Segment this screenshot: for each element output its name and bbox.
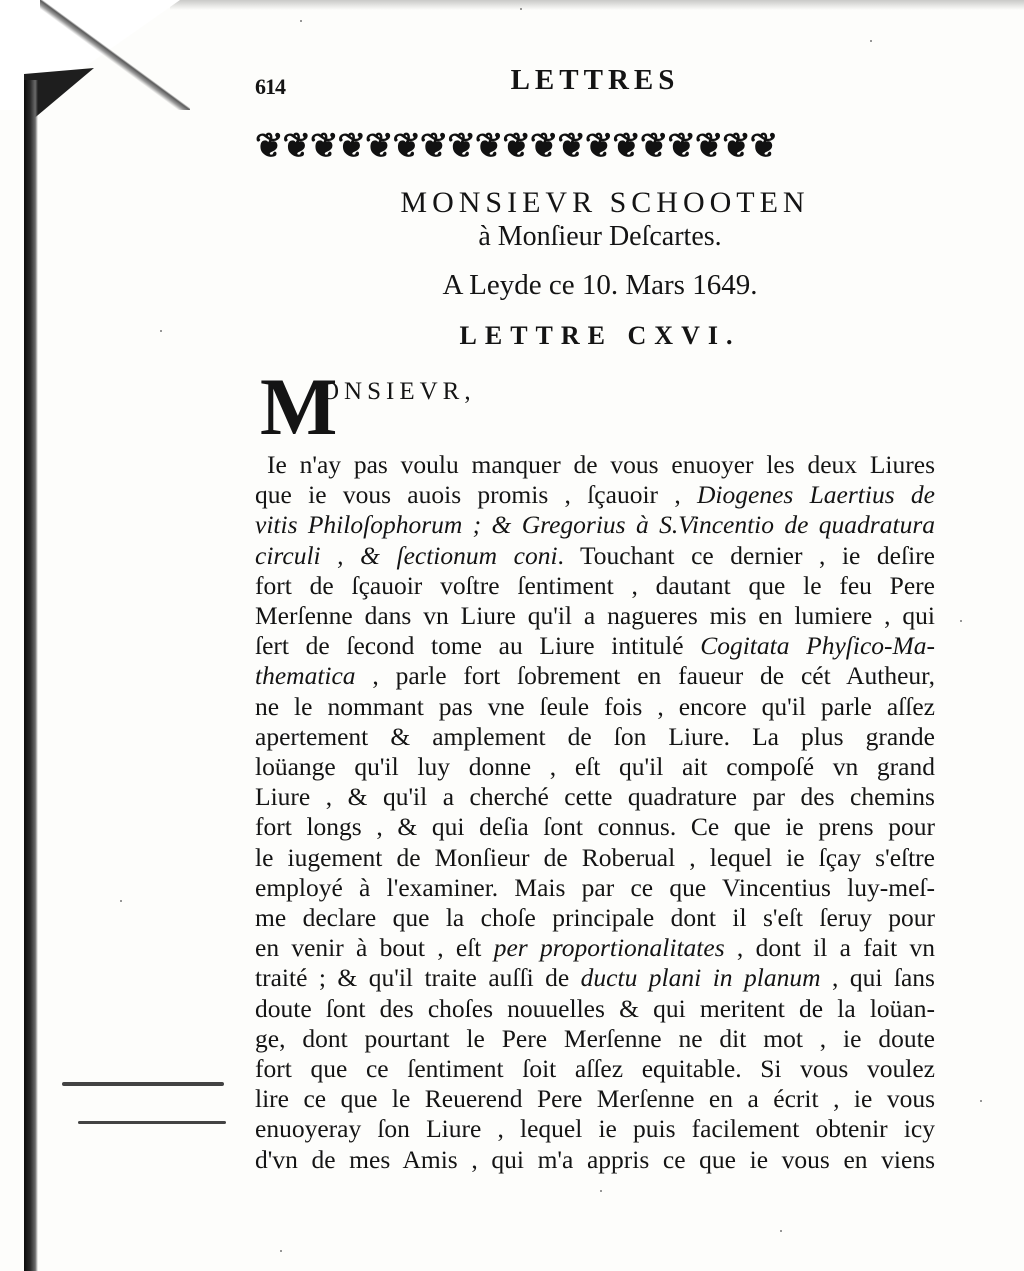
roman-text: que ie vous auois promis , ſçauoir , bbox=[255, 480, 697, 509]
roman-text: ſert de ſecond tome au Liure intitulé bbox=[255, 631, 700, 660]
book-binding-edge bbox=[24, 80, 38, 1271]
letter-body: Ie n'ay pas voulu manquer de vous enuoye… bbox=[255, 450, 935, 1175]
roman-text: en venir à bout , eſt bbox=[255, 933, 494, 962]
letter-number: LETTRE CXVI. bbox=[255, 320, 935, 352]
text-line: thematica , parle fort ſobrement en faue… bbox=[255, 661, 935, 691]
italic-text: Cogitata Phyſico-Ma- bbox=[700, 631, 935, 660]
roman-text: fort longs , & qui deſia ſont connus. Ce… bbox=[255, 812, 935, 841]
text-line: apertement & amplement de ſon Liure. La … bbox=[255, 722, 935, 752]
text-line: le iugement de Monſieur de Roberual , le… bbox=[255, 843, 935, 873]
roman-text: fort de ſçauoir voſtre ſentiment , dauta… bbox=[255, 571, 935, 600]
roman-text: me declare que la choſe principale dont … bbox=[255, 903, 935, 932]
roman-text: loüange qu'il luy donne , eſt qu'il ait … bbox=[255, 752, 935, 781]
salutation: M ONSIEVR, bbox=[255, 374, 935, 442]
text-line: traité ; & qu'il traite auſſi de ductu p… bbox=[255, 963, 935, 993]
letter-sender: MONSIEVR SCHOOTEN bbox=[255, 186, 935, 220]
roman-text: doute ſont des choſes nouuelles & qui me… bbox=[255, 994, 935, 1023]
roman-text: Ie n'ay pas voulu manquer de vous enuoye… bbox=[267, 450, 935, 479]
text-line: ſert de ſecond tome au Liure intitulé Co… bbox=[255, 631, 935, 661]
page-top-shadow bbox=[170, 0, 1024, 10]
roman-text: employé à l'examiner. Mais par ce que Vi… bbox=[255, 873, 935, 902]
text-line: enuoyeray ſon Liure , lequel ie puis fac… bbox=[255, 1114, 935, 1144]
running-title: LETTRES bbox=[255, 64, 935, 97]
roman-text: , qui ſans bbox=[821, 963, 935, 992]
letter-recipient: à Monſieur Deſcartes. bbox=[255, 220, 935, 254]
letter-date-place: A Leyde ce 10. Mars 1649. bbox=[255, 268, 935, 302]
text-line: doute ſont des choſes nouuelles & qui me… bbox=[255, 994, 935, 1024]
roman-text: , dont il a fait vn bbox=[725, 933, 935, 962]
roman-text: enuoyeray ſon Liure , lequel ie puis fac… bbox=[255, 1114, 935, 1143]
roman-text: d'vn de mes Amis , qui m'a appris ce que… bbox=[255, 1145, 935, 1174]
roman-text: traité ; & qu'il traite auſſi de bbox=[255, 963, 581, 992]
text-line: fort de ſçauoir voſtre ſentiment , dauta… bbox=[255, 571, 935, 601]
roman-text: le iugement de Monſieur de Roberual , le… bbox=[255, 843, 935, 872]
running-head: 614 LETTRES bbox=[255, 60, 935, 100]
roman-text: . Touchant ce dernier , ie deſire bbox=[558, 541, 935, 570]
margin-annotation-bleed bbox=[78, 1121, 226, 1124]
roman-text: ge, dont pourtant le Pere Merſenne ne di… bbox=[255, 1024, 935, 1053]
book-page: 614 LETTRES ❦❦❦❦❦❦❦❦❦❦❦❦❦❦❦❦❦❦❦ MONSIEVR… bbox=[255, 60, 935, 1175]
italic-text: ductu plani in planum bbox=[581, 963, 821, 992]
roman-text: , parle fort ſobrement en faueur de cét … bbox=[356, 661, 935, 690]
letter-heading: MONSIEVR SCHOOTEN à Monſieur Deſcartes. … bbox=[255, 186, 935, 352]
text-line: fort longs , & qui deſia ſont connus. Ce… bbox=[255, 812, 935, 842]
text-line: ge, dont pourtant le Pere Merſenne ne di… bbox=[255, 1024, 935, 1054]
roman-text: fort que ce ſentiment ſoit aſſez equitab… bbox=[255, 1054, 935, 1083]
text-line: vitis Philoſophorum ; & Gregorius à S.Vi… bbox=[255, 510, 935, 540]
italic-text: vitis Philoſophorum ; & Gregorius à S.Vi… bbox=[255, 510, 935, 539]
text-line: Ie n'ay pas voulu manquer de vous enuoye… bbox=[255, 450, 935, 480]
text-line: Merſenne dans vn Liure qu'il a nagueres … bbox=[255, 601, 935, 631]
roman-text: ne le nommant pas vne ſeule fois , encor… bbox=[255, 692, 935, 721]
italic-text: per proportionalitates bbox=[494, 933, 725, 962]
italic-text: circuli , & ſectionum coni bbox=[255, 541, 558, 570]
italic-text: Diogenes Laertius de bbox=[697, 480, 935, 509]
text-line: employé à l'examiner. Mais par ce que Vi… bbox=[255, 873, 935, 903]
text-line: d'vn de mes Amis , qui m'a appris ce que… bbox=[255, 1145, 935, 1175]
roman-text: apertement & amplement de ſon Liure. La … bbox=[255, 722, 935, 751]
text-line: ne le nommant pas vne ſeule fois , encor… bbox=[255, 692, 935, 722]
text-line: que ie vous auois promis , ſçauoir , Dio… bbox=[255, 480, 935, 510]
margin-annotation-bleed bbox=[62, 1082, 224, 1086]
text-line: Liure , & qu'il a cherché cette quadratu… bbox=[255, 782, 935, 812]
italic-text: thematica bbox=[255, 661, 356, 690]
roman-text: Liure , & qu'il a cherché cette quadratu… bbox=[255, 782, 935, 811]
text-line: fort que ce ſentiment ſoit aſſez equitab… bbox=[255, 1054, 935, 1084]
text-line: lire ce que le Reuerend Pere Merſenne en… bbox=[255, 1084, 935, 1114]
text-line: loüange qu'il luy donne , eſt qu'il ait … bbox=[255, 752, 935, 782]
salutation-text: ONSIEVR, bbox=[321, 378, 476, 406]
ornamental-band: ❦❦❦❦❦❦❦❦❦❦❦❦❦❦❦❦❦❦❦ bbox=[255, 128, 935, 166]
roman-text: lire ce que le Reuerend Pere Merſenne en… bbox=[255, 1084, 935, 1113]
text-line: circuli , & ſectionum coni. Touchant ce … bbox=[255, 541, 935, 571]
text-line: en venir à bout , eſt per proportionalit… bbox=[255, 933, 935, 963]
roman-text: Merſenne dans vn Liure qu'il a nagueres … bbox=[255, 601, 935, 630]
text-line: me declare que la choſe principale dont … bbox=[255, 903, 935, 933]
